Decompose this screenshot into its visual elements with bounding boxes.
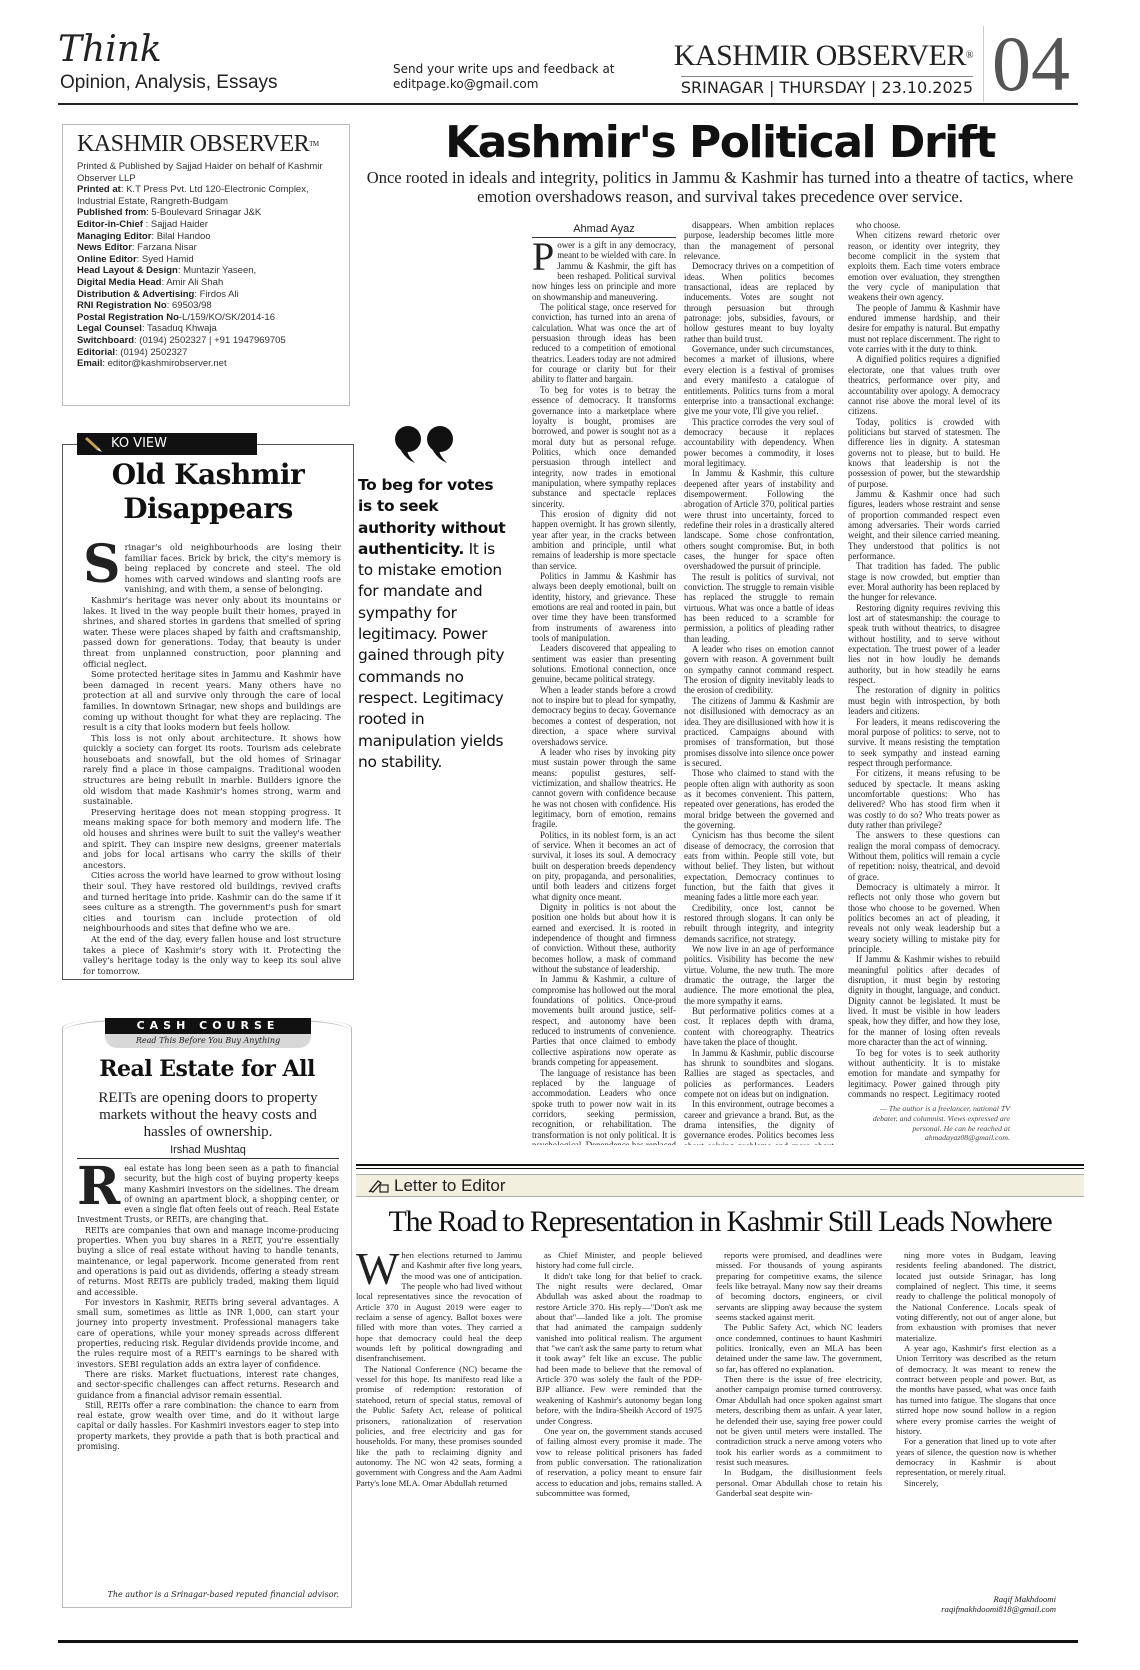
article-paragraph: The result is politics of survival, not … (684, 572, 834, 644)
imprint-entries: Printed at: K.T Press Pvt. Ltd 120-Elect… (77, 184, 339, 370)
article-paragraph: The political stage, once reserved for c… (532, 302, 676, 385)
drop-cap: R (77, 1166, 124, 1208)
cash-course-column: CASH COURSE Read This Before You Buy Any… (62, 1020, 352, 1608)
cash-course-paragraph: Real estate has long been seen as a path… (77, 1164, 339, 1226)
ko-view-editorial: KO VIEW Old Kashmir Disappears Srinagar'… (62, 444, 354, 980)
imprint-logo-text: KASHMIR OBSERVER (77, 131, 309, 157)
imprint-label: Printed at (77, 184, 121, 195)
imprint-label: Editorial (77, 347, 115, 358)
imprint-value: : editor@kashmirobserver.net (102, 358, 226, 369)
article-paragraph: The people of Jammu & Kashmir have endur… (848, 303, 1000, 355)
letter-column-1: When elections returned to Jammu and Kas… (356, 1250, 522, 1635)
section-title: Think (58, 32, 162, 68)
letter-author-name: Raqif Makhdoomi (896, 1594, 1056, 1604)
letter-paragraph: For a generation that lined up to vote a… (896, 1436, 1056, 1477)
imprint-value: : Muntazir Yaseen, (178, 265, 256, 276)
letter-paragraph: A year ago, Kashmir's first election as … (896, 1343, 1056, 1436)
article-paragraph: Politics in Jammu & Kashmir has always b… (532, 571, 676, 643)
ko-view-paragraph: At the end of the day, every fallen hous… (83, 934, 341, 976)
page-number: 04 (983, 26, 1078, 102)
main-byline: Ahmad Ayaz (532, 223, 676, 238)
article-paragraph: Democracy thrives on a competition of id… (684, 261, 834, 344)
brand-name: KASHMIR OBSERVER (674, 39, 966, 72)
imprint-entry: News Editor: Farzana Nisar (77, 242, 339, 254)
article-paragraph: Dignity in politics is not about the pos… (532, 902, 676, 974)
article-paragraph: For citizens, it means refusing to be se… (848, 768, 1000, 830)
cash-course-title: Real Estate for All (63, 1056, 351, 1082)
article-paragraph: When citizens reward rhetoric over reaso… (848, 230, 1000, 302)
article-paragraph: We now live in an age of performance pol… (684, 944, 834, 1006)
letter-title: The Road to Representation in Kashmir St… (356, 1204, 1084, 1240)
letter-paragraph: Then there is the issue of free electric… (716, 1374, 882, 1467)
cash-course-band: CASH COURSE (105, 1018, 311, 1034)
imprint-entry: Distribution & Advertising: Firdos Ali (77, 289, 339, 301)
ko-view-paragraph: Some protected heritage sites in Jammu a… (83, 669, 341, 733)
letter-paragraph: The National Conference (NC) became the … (356, 1364, 522, 1488)
imprint-label: Online Editor (77, 254, 137, 265)
ko-view-title-text: Old Kashmir Disappears (112, 458, 304, 525)
section-subtitle: Opinion, Analysis, Essays (60, 72, 278, 94)
article-paragraph: disappears. When ambition replaces purpo… (684, 220, 834, 261)
letter-paragraph: ning more votes in Budgam, leaving resid… (896, 1250, 1056, 1343)
pull-quote-text: To beg for votes is to seek authority wi… (358, 475, 508, 773)
article-paragraph: But performative politics comes at a cos… (684, 1006, 834, 1047)
article-paragraph: This practice corrodes the very soul of … (684, 417, 834, 469)
imprint-label: Postal Registration No (77, 312, 179, 323)
letter-signoff: Raqif Makhdoomi raqifmakhdoomi818@gmail.… (896, 1594, 1056, 1615)
article-paragraph: The language of resistance has been repl… (532, 1068, 676, 1146)
imprint-entry: Head Layout & Design: Muntazir Yaseen, (77, 265, 339, 277)
imprint-label: News Editor (77, 242, 132, 253)
submission-text: Send your write ups and feedback at (393, 62, 615, 77)
submission-email[interactable]: editpage.ko@gmail.com (393, 77, 615, 92)
writing-hand-icon (368, 1177, 390, 1193)
letter-column-2: as Chief Minister, and people believed h… (536, 1250, 702, 1635)
quote-icon (393, 425, 457, 465)
article-paragraph: In Jammu & Kashmir, public discourse has… (684, 1048, 834, 1100)
imprint-entry: RNI Registration No: 69503/98 (77, 300, 339, 312)
imprint-value: : Sajjad Haider (143, 219, 208, 230)
cash-course-author-note: The author is a Srinagar-based reputed f… (77, 1590, 339, 1599)
submission-info: Send your write ups and feedback at edit… (393, 62, 615, 92)
ko-view-title: Old Kashmir Disappears (63, 458, 353, 526)
ko-view-paragraph: Preserving heritage does not mean stoppi… (83, 807, 341, 871)
letter-column-4: ning more votes in Budgam, leaving resid… (896, 1250, 1056, 1635)
imprint-value: : (0194) 2502327 | +91 1947969705 (134, 335, 286, 346)
article-paragraph: Power is a gift in any democracy, meant … (532, 240, 676, 302)
article-paragraph: In this environment, outrage becomes a c… (684, 1099, 834, 1145)
letter-paragraph: as Chief Minister, and people believed h… (536, 1250, 702, 1271)
main-article-column-2: disappears. When ambition replaces purpo… (684, 220, 834, 1145)
registered-mark: ® (966, 50, 973, 61)
main-article-column-3: who choose.When citizens reward rhetoric… (848, 220, 1000, 1100)
imprint-box: KASHMIR OBSERVERTM Printed & Published b… (62, 124, 350, 406)
article-paragraph: Leaders discovered that appealing to sen… (532, 643, 676, 684)
cash-course-paragraph: REITs are companies that own and manage … (77, 1226, 339, 1298)
imprint-label: Editor-in-Chief (77, 219, 143, 230)
cash-course-paragraph: There are risks. Market fluctuations, in… (77, 1370, 339, 1401)
ko-view-paragraph: Srinagar's old neighbourhoods are losing… (83, 542, 341, 595)
main-author-note: — The author is a freelancer, national T… (862, 1104, 1010, 1143)
imprint-entry: Postal Registration No-L/159/KO/SK/2014-… (77, 312, 339, 324)
imprint-entry: Editor-in-Chief : Sajjad Haider (77, 219, 339, 231)
newspaper-brand: KASHMIR OBSERVER® (674, 40, 973, 72)
imprint-entry: Email: editor@kashmirobserver.net (77, 358, 339, 370)
drop-cap: W (356, 1250, 401, 1288)
imprint-value: : 69503/98 (167, 300, 212, 311)
article-paragraph: Credibility, once lost, cannot be restor… (684, 903, 834, 944)
imprint-entry: Digital Media Head: Amir Ali Shah (77, 277, 339, 289)
imprint-publisher-line: Printed & Published by Sajjad Haider on … (77, 161, 339, 184)
imprint-value: : 5-Boulevard Srinagar J&K (146, 207, 261, 218)
letter-paragraph: One year on, the government stands accus… (536, 1426, 702, 1498)
imprint-entry: Managing Editor: Bilal Handoo (77, 231, 339, 243)
masthead-divider (58, 103, 1078, 105)
letter-column-3: reports were promised, and deadlines wer… (716, 1250, 882, 1635)
cash-course-paragraph: For investors in Kashmir, REITs bring se… (77, 1298, 339, 1370)
letter-section-label: Letter to Editor (394, 1176, 506, 1195)
article-paragraph: For leaders, it means rediscovering the … (848, 717, 1000, 769)
imprint-label: Head Layout & Design (77, 265, 178, 276)
imprint-label: Published from (77, 207, 146, 218)
letter-section-bar: Letter to Editor (356, 1174, 1084, 1197)
article-paragraph: The answers to these questions can reali… (848, 830, 1000, 882)
imprint-value: : Syed Hamid (137, 254, 194, 265)
imprint-value: -L/159/KO/SK/2014-16 (179, 312, 275, 323)
article-paragraph: Cynicism has thus become the silent dise… (684, 830, 834, 902)
main-article-column-1: Power is a gift in any democracy, meant … (532, 240, 676, 1145)
main-headline: Kashmir's Political Drift (360, 118, 1080, 168)
pen-icon (85, 436, 103, 452)
imprint-logo: KASHMIR OBSERVERTM (77, 131, 339, 157)
imprint-entry: Switchboard: (0194) 2502327 | +91 194796… (77, 335, 339, 347)
article-paragraph: The citizens of Jammu & Kashmir are not … (684, 696, 834, 768)
letter-paragraph: The Public Safety Act, which NC leaders … (716, 1322, 882, 1374)
letter-paragraph: When elections returned to Jammu and Kas… (356, 1250, 522, 1364)
article-paragraph: A leader who rises on emotion cannot gov… (684, 644, 834, 696)
letter-paragraph: reports were promised, and deadlines wer… (716, 1250, 882, 1322)
imprint-entry: Editorial: (0194) 2502327 (77, 347, 339, 359)
imprint-entry: Online Editor: Syed Hamid (77, 254, 339, 266)
article-paragraph: The restoration of dignity in politics m… (848, 685, 1000, 716)
pull-quote-rest: It is to mistake emotion for mandate and… (358, 540, 504, 771)
letter-paragraph: In Budgam, the disillusionment feels per… (716, 1467, 882, 1498)
cash-course-paragraph: Still, REITs offer a rare combination: t… (77, 1401, 339, 1452)
imprint-label: Digital Media Head (77, 277, 161, 288)
imprint-value: : Amir Ali Shah (161, 277, 223, 288)
imprint-label: Email (77, 358, 102, 369)
article-paragraph: If Jammu & Kashmir wishes to rebuild mea… (848, 954, 1000, 1047)
letter-paragraph: It didn't take long for that belief to c… (536, 1271, 702, 1426)
ko-view-tag: KO VIEW (77, 433, 257, 455)
article-paragraph: In Jammu & Kashmir, a culture of comprom… (532, 974, 676, 1067)
letter-divider (356, 1164, 1084, 1169)
article-paragraph: When a leader stands before a crowd not … (532, 685, 676, 747)
ko-view-paragraph: Cities across the world have learned to … (83, 870, 341, 934)
drop-cap: S (83, 544, 125, 586)
article-paragraph: Jammu & Kashmir once had such figures, l… (848, 489, 1000, 561)
letter-author-email[interactable]: raqifmakhdoomi818@gmail.com (896, 1604, 1056, 1614)
article-paragraph: Those who claimed to stand with the peop… (684, 768, 834, 830)
article-paragraph: In Jammu & Kashmir, this culture deepene… (684, 468, 834, 571)
ko-view-body: Srinagar's old neighbourhoods are losing… (83, 542, 341, 976)
imprint-label: Distribution & Advertising (77, 289, 194, 300)
imprint-label: Switchboard (77, 335, 134, 346)
imprint-label: RNI Registration No (77, 300, 167, 311)
main-deck: Once rooted in ideals and integrity, pol… (360, 168, 1080, 206)
ko-view-paragraph: Kashmir's heritage was never only about … (83, 595, 341, 669)
imprint-entry: Printed at: K.T Press Pvt. Ltd 120-Elect… (77, 184, 339, 207)
article-paragraph: Democracy is ultimately a mirror. It ref… (848, 882, 1000, 954)
imprint-value: : (0194) 2502327 (115, 347, 187, 358)
imprint-value: : Farzana Nisar (132, 242, 197, 253)
cash-course-tagline: Read This Before You Buy Anything (105, 1034, 311, 1048)
dateline: SRINAGAR | THURSDAY | 23.10.2025 (681, 76, 973, 97)
article-paragraph: A dignified politics requires a dignifie… (848, 354, 1000, 416)
imprint-value: : Firdos Ali (194, 289, 238, 300)
article-paragraph: This erosion of dignity did not happen o… (532, 509, 676, 571)
page-bottom-rule (58, 1640, 1078, 1643)
imprint-value: : Tasaduq Khwaja (142, 323, 217, 334)
article-paragraph: Today, politics is crowded with politici… (848, 417, 1000, 489)
ko-view-tag-label: KO VIEW (111, 436, 167, 451)
article-paragraph: Governance, under such circumstances, be… (684, 344, 834, 416)
pull-quote: To beg for votes is to seek authority wi… (358, 425, 508, 773)
article-paragraph: Politics, in its noblest form, is an act… (532, 830, 676, 902)
ko-view-paragraph: This loss is not only about architecture… (83, 733, 341, 807)
imprint-label: Legal Counsel (77, 323, 142, 334)
article-paragraph: who choose. (848, 220, 1000, 230)
article-paragraph: That tradition has faded. The public sta… (848, 561, 1000, 602)
imprint-label: Managing Editor (77, 231, 151, 242)
imprint-entry: Legal Counsel: Tasaduq Khwaja (77, 323, 339, 335)
article-paragraph: To beg for votes is to betray the essenc… (532, 385, 676, 509)
drop-cap: P (532, 241, 557, 273)
article-paragraph: To beg for votes is to seek authority wi… (848, 1048, 1000, 1101)
letter-paragraph: Sincerely, (896, 1478, 1056, 1488)
imprint-value: : Bilal Handoo (151, 231, 210, 242)
cash-course-body: Real estate has long been seen as a path… (77, 1164, 339, 1452)
article-paragraph: A leader who rises by invoking pity must… (532, 747, 676, 830)
masthead: Think Opinion, Analysis, Essays Send you… (58, 28, 1078, 102)
cash-course-deck: REITs are opening doors to property mark… (81, 1090, 335, 1141)
trademark-mark: TM (309, 140, 319, 148)
imprint-entry: Published from: 5-Boulevard Srinagar J&K (77, 207, 339, 219)
article-paragraph: Restoring dignity requires reviving this… (848, 603, 1000, 686)
